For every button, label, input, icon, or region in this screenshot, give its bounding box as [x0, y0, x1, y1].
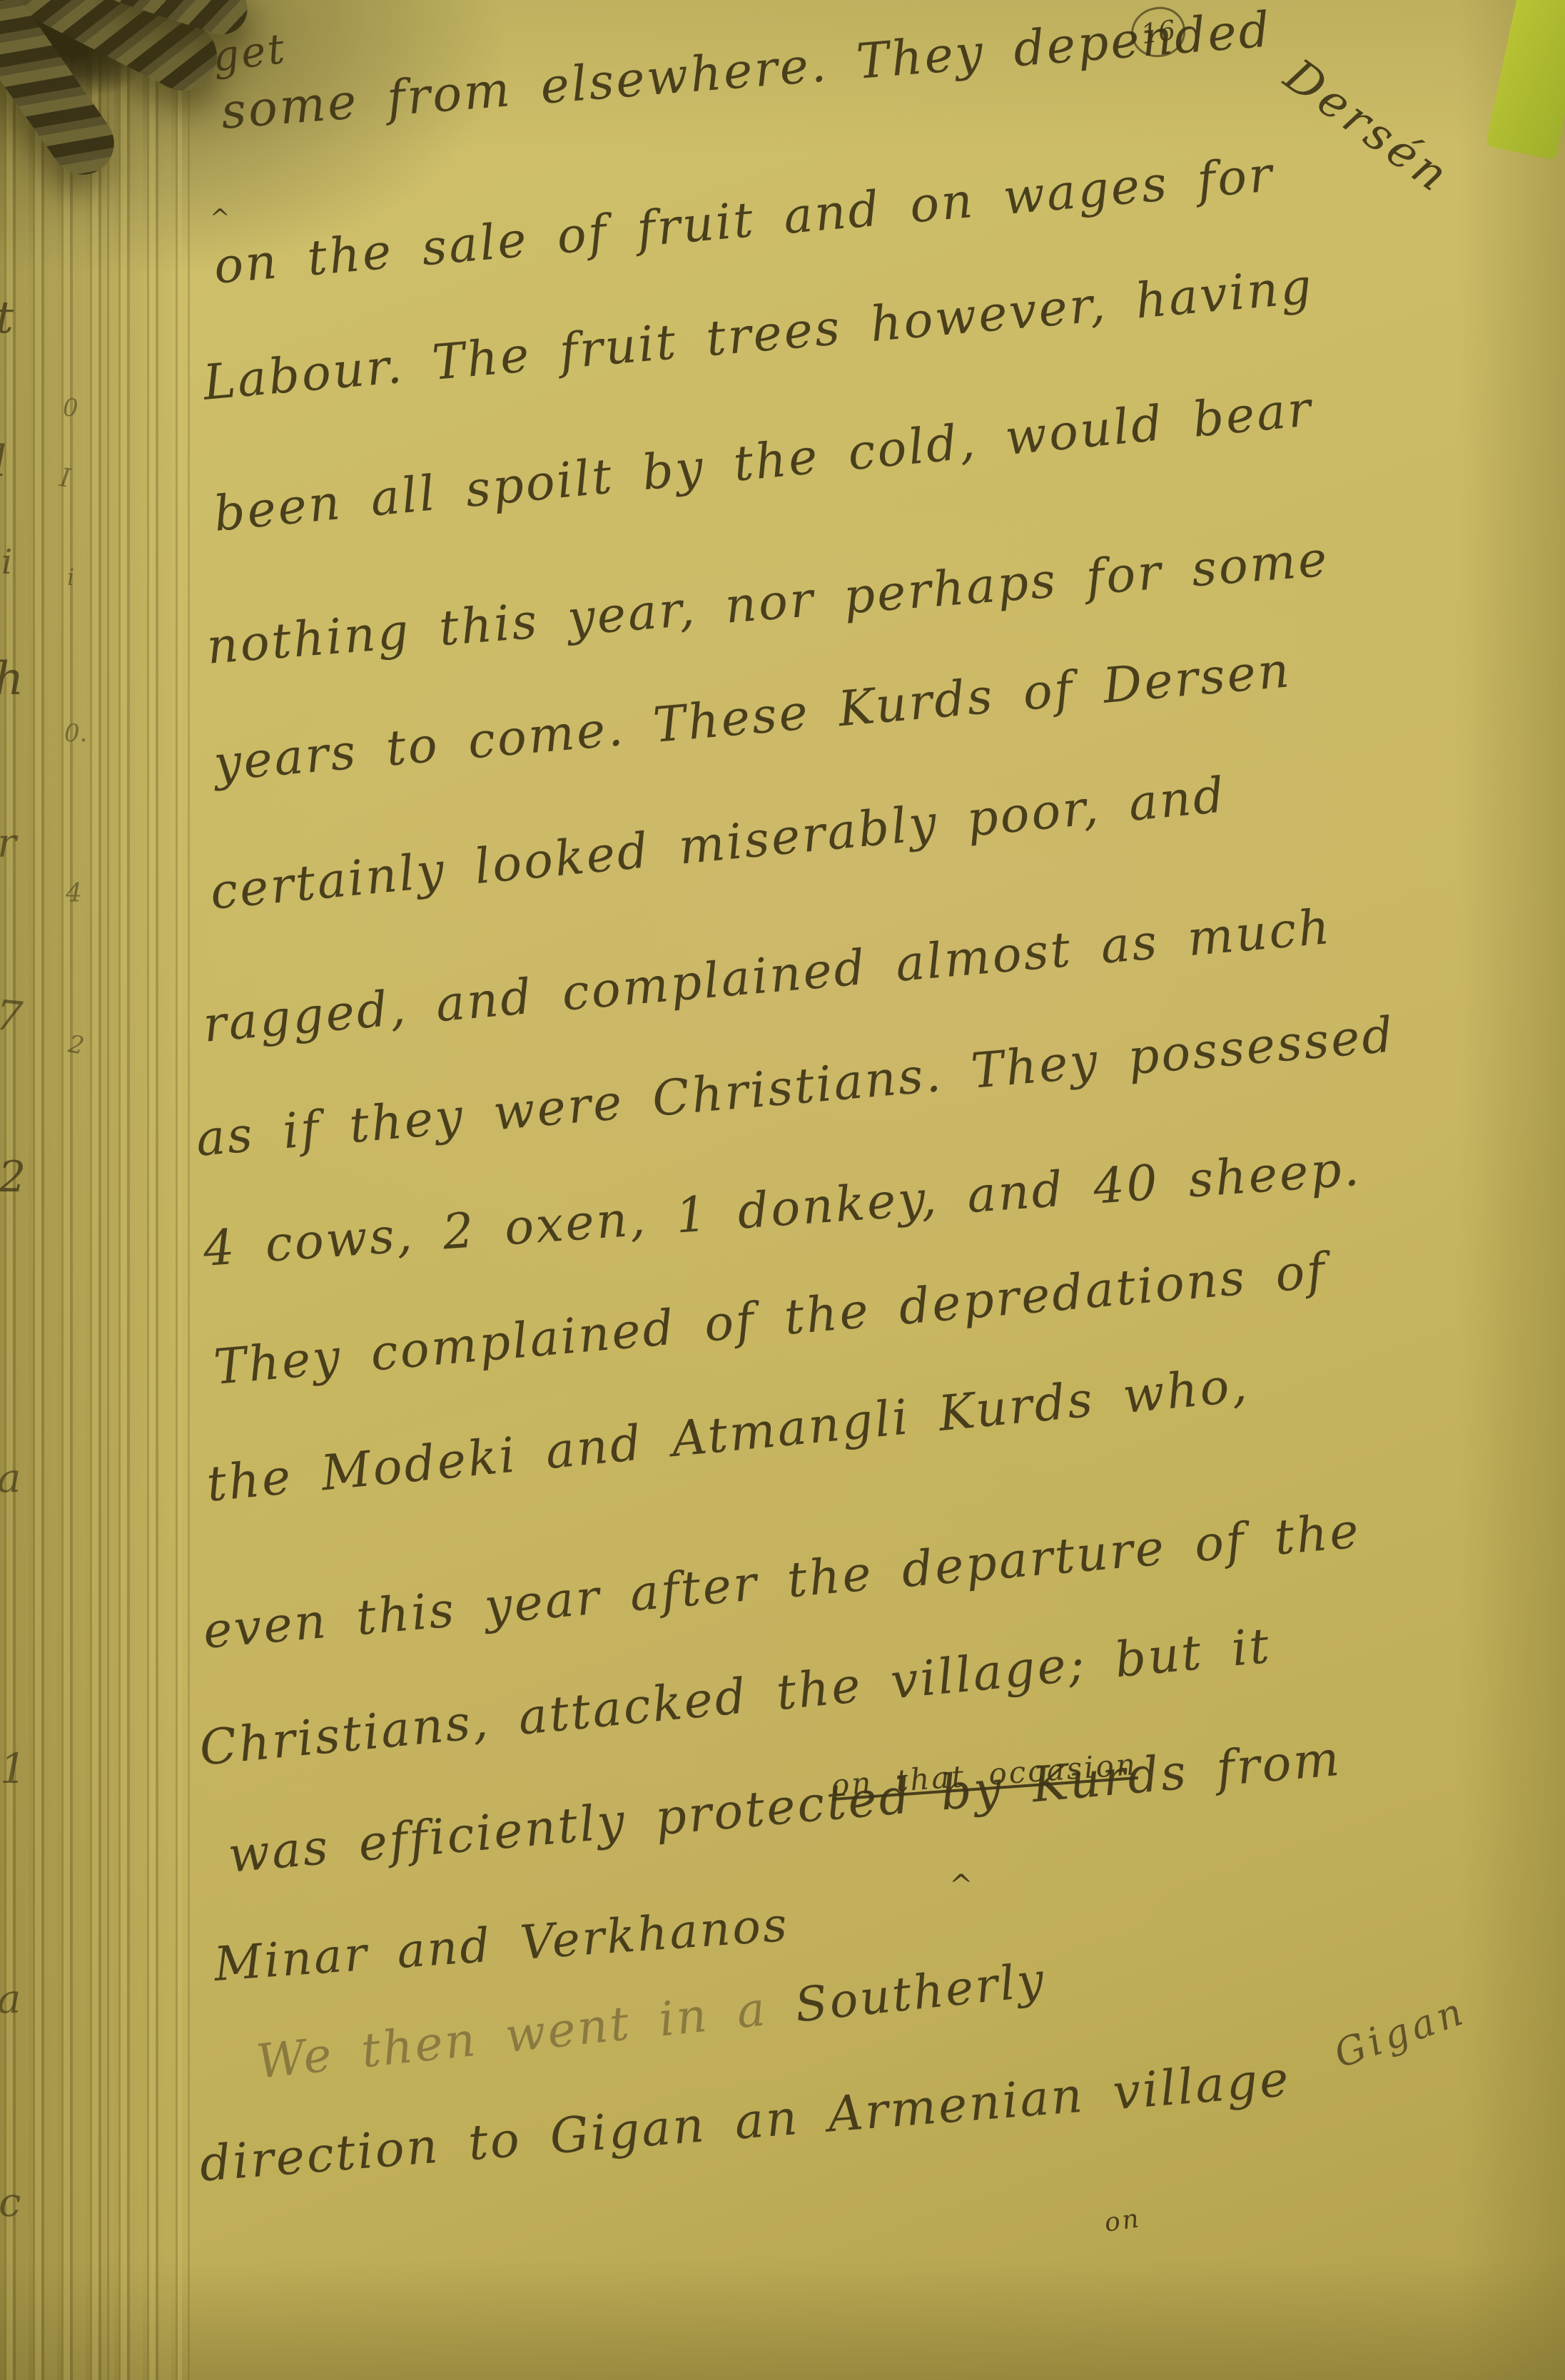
- edge-fragment: t: [0, 291, 14, 343]
- manuscript-line: years to come. These Kurds of Dersen: [212, 642, 1294, 793]
- margin-note-dersen: Dersén: [1275, 49, 1460, 204]
- catchword: on: [1103, 2204, 1143, 2238]
- next-page-edge: [1486, 0, 1565, 161]
- manuscript-line: Minar and Verkhanos: [212, 1897, 791, 1992]
- caret-mark: ^: [210, 204, 233, 233]
- edge-fragment: l: [0, 437, 6, 487]
- edge-fragment: h: [0, 653, 24, 706]
- margin-note-gigan: Gigan: [1328, 1988, 1472, 2077]
- edge-fragment: r: [0, 820, 16, 867]
- margin-mark: 0.: [64, 719, 87, 748]
- book-gutter: [0, 0, 182, 2380]
- dark-text: Southerly: [792, 1952, 1048, 2033]
- faint-text: We then went in a: [254, 1978, 798, 2090]
- manuscript-line: been all spoilt by the cold, would bear: [211, 381, 1315, 543]
- margin-mark: 0: [63, 394, 78, 422]
- manuscript-page: 16 Dersén Gigan get ^ some from elsewher…: [0, 0, 1565, 2380]
- manuscript-line: certainly looked miserably poor, and: [208, 767, 1229, 921]
- edge-fragment: a: [0, 1455, 21, 1502]
- edge-fragment: i: [1, 542, 12, 582]
- margin-rule: [188, 0, 190, 2380]
- gutter-crease: [107, 0, 109, 2380]
- caret-mark: ^: [949, 1869, 976, 1902]
- margin-mark: 4: [66, 879, 82, 908]
- edge-fragment: a: [0, 1976, 21, 2023]
- insertion-get: get: [210, 24, 289, 81]
- edge-fragment: c: [0, 2180, 21, 2226]
- edge-fragment: 1: [0, 1744, 26, 1793]
- manuscript-line: on the sale of fruit and on wages for: [212, 146, 1277, 295]
- edge-fragment: 2: [0, 1152, 26, 1202]
- manuscript-line: some from elsewhere. They depended: [219, 1, 1274, 141]
- margin-mark: i: [67, 564, 74, 591]
